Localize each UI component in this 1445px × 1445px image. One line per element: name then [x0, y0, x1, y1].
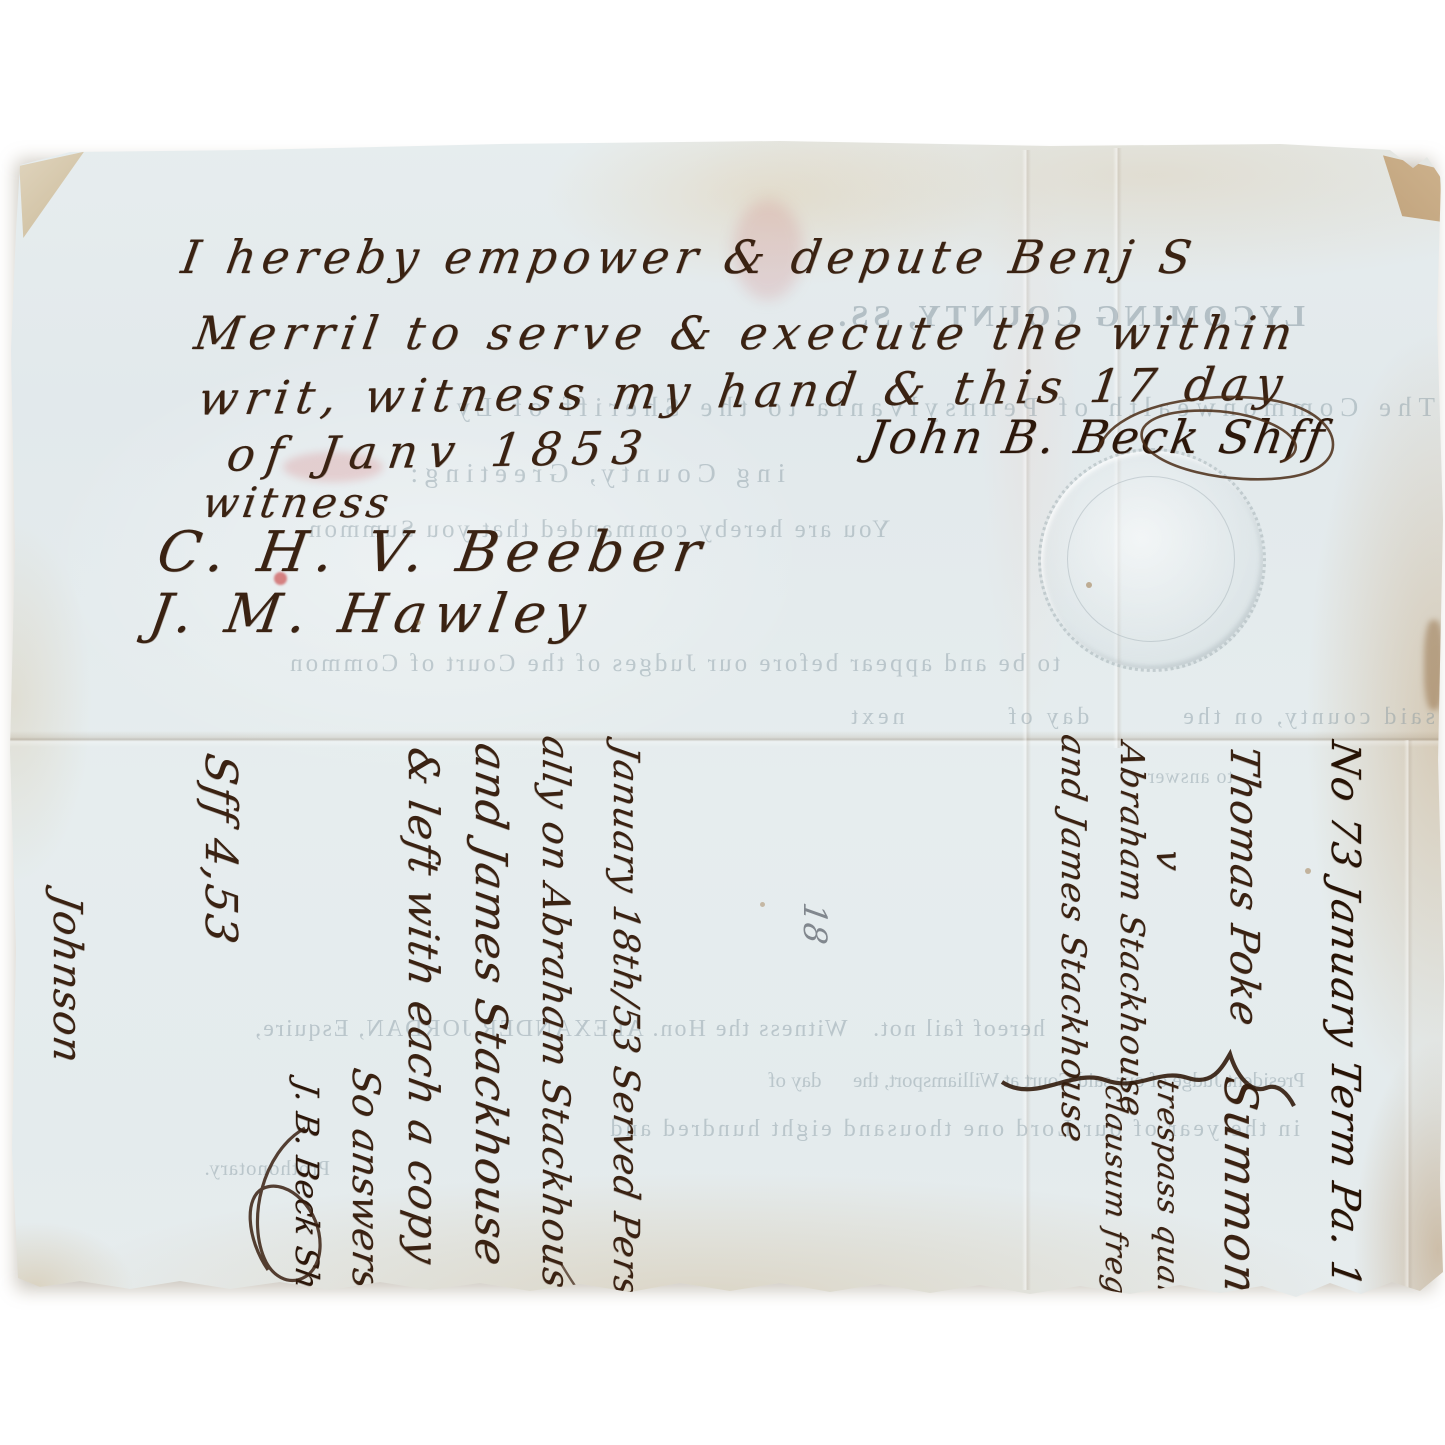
- pencil-note: 18: [796, 900, 834, 966]
- docket-writ-type-1: Summons: [1214, 1073, 1268, 1272]
- sheriff-signature: John B. Beck Shff: [864, 410, 1331, 464]
- foxing-spot-3: [1305, 868, 1311, 874]
- bleed-appear-line: to be and appear before our Judges of th…: [170, 650, 1060, 678]
- service-return-line-5: So answers: [344, 1065, 388, 1282]
- service-return-signature: J. B. Beck Shff: [288, 1079, 326, 1300]
- attorney-name-note: Johnson: [44, 891, 90, 1068]
- service-return-line-3: and James Stackhouse: [465, 740, 516, 1273]
- docket-plaintiff: Thomas Poke: [1221, 743, 1267, 1000]
- embossed-seal: [1038, 448, 1266, 672]
- crease-vertical-3: [1404, 740, 1413, 1290]
- witness-signature-1: C. H. V. Beeber: [153, 520, 714, 585]
- service-return-line-4: & left with each a copy: [399, 744, 448, 1272]
- corner-fold-top-left: [18, 150, 84, 238]
- bleed-county-day-line: said county, on the day of next: [150, 704, 1435, 731]
- service-return-line-2: ally on Abraham Stackhouse: [534, 733, 578, 1295]
- foxing-spot-4: [416, 620, 421, 625]
- embossed-seal-inner-ring: [1067, 476, 1235, 642]
- docket-writ-type-3: clausum fregit: [1098, 1082, 1133, 1298]
- foxing-spot-2: [760, 902, 765, 907]
- edge-stain-right: [1424, 620, 1444, 710]
- foxing-spot-1: [1086, 582, 1092, 588]
- docket-term-line: No 73 January Term Pa. 1853: [1322, 738, 1368, 1290]
- witness-signature-2: J. M. Hawley: [145, 582, 598, 645]
- fee-note: Sff 4,53: [195, 750, 246, 958]
- bleed-court-williamsport-line: President Judge of our said Court at Wil…: [640, 1068, 1305, 1093]
- paper-sheet: LYCOMING COUNTY, SS. The Commonwealth of…: [0, 0, 1445, 1445]
- service-return-line-1: January 18th/53 Served Person: [605, 742, 646, 1263]
- endorsement-line-2: Merril to serve & execute the within: [191, 306, 1304, 360]
- endorsement-line-1: I hereby empower & depute Benj S: [178, 230, 1201, 284]
- docket-defendant-1: Abraham Stackhouse: [1113, 740, 1152, 1051]
- endorsement-line-4: of Janv 1853: [224, 420, 657, 481]
- docket-versus: v: [1148, 847, 1189, 898]
- docket-writ-type-2: trespass quare: [1150, 1076, 1185, 1297]
- docket-defendant-2: and James Stackhouse: [1053, 732, 1093, 1078]
